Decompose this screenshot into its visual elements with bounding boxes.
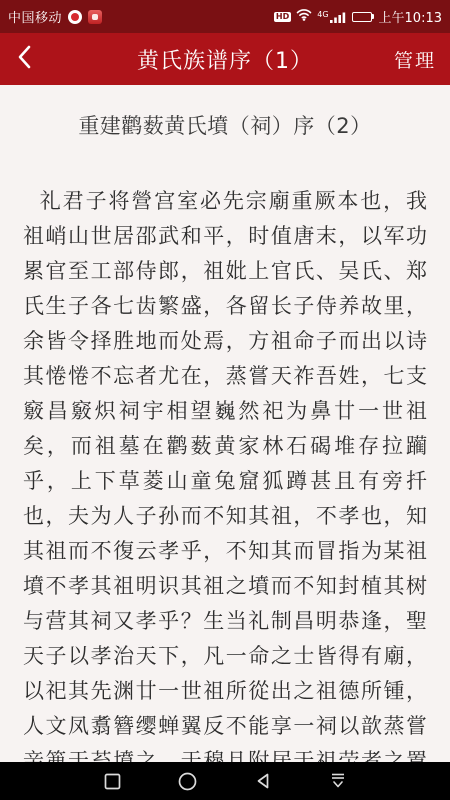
phone-screen: 中国移动 HD 4G <box>0 0 450 800</box>
text-line: 墳不孝其祖明识其祖之墳而不知封植其树 <box>23 569 427 604</box>
back-nav-button[interactable] <box>225 772 300 791</box>
genealogy-paragraph: 礼君子将營宫室必先宗廟重厥本也，我祖峭山世居邵武和平，时值唐末，以军功累官至工部… <box>23 184 427 779</box>
battery-icon <box>352 12 374 22</box>
status-bar: 中国移动 HD 4G <box>0 0 450 33</box>
text-line: 其惓惓不忘者尤在，蒸嘗天祚吾姓，七支 <box>23 359 427 394</box>
text-line: 乎，上下草菱山童兔窟狐蹲甚且有旁扦 <box>23 464 427 499</box>
network-type-label: 4G <box>317 11 328 19</box>
content-area: 重建鹳薮黄氏墳（祠）序（2） 礼君子将營宫室必先宗廟重厥本也，我祖峭山世居邵武和… <box>0 85 450 800</box>
page-title: 黄氏族谱序（1） <box>137 44 313 75</box>
document-subtitle: 重建鹳薮黄氏墳（祠）序（2） <box>0 113 450 139</box>
text-line: 余皆令择胜地而处焉，方祖命子而出以诗 <box>23 324 427 359</box>
text-line: 人文凤翥簪缨蝉翼反不能享一祠以歆蒸嘗 <box>23 709 427 744</box>
clock-label: 上午10:13 <box>379 7 442 26</box>
text-line: 也，夫为人子孙而不知其祖，不孝也，知 <box>23 499 427 534</box>
square-icon <box>104 773 121 790</box>
text-line: 竅昌竅炽祠宇相望巍然祀为鼻廿一世祖 <box>23 394 427 429</box>
text-line: 祖峭山世居邵武和平，时值唐末，以军功 <box>23 219 427 254</box>
notification-dot-icon <box>68 10 82 24</box>
back-button[interactable] <box>0 33 48 85</box>
pulldown-arrow-icon <box>329 772 347 790</box>
signal-strength-icon: 4G <box>317 11 346 23</box>
circle-icon <box>178 772 197 791</box>
android-nav-bar <box>0 762 450 800</box>
manage-button[interactable]: 管理 <box>380 46 450 73</box>
status-bar-left: 中国移动 <box>8 7 102 26</box>
text-line: 矣，而祖墓在鹳薮黄家林石碣堆存拉躏 <box>23 429 427 464</box>
text-line: 以祀其先渊廿一世祖所從出之祖德所锺， <box>23 674 427 709</box>
carrier-label: 中国移动 <box>8 7 62 26</box>
text-line: 与营其祠又孝乎？生当礼制昌明恭逢，聖 <box>23 604 427 639</box>
text-line: 累官至工部侍郎，祖妣上官氏、吴氏、郑 <box>23 254 427 289</box>
status-bar-right: HD 4G <box>274 7 442 26</box>
text-line: 天子以孝治天下，凡一命之士皆得有廟， <box>23 639 427 674</box>
app-bar: 黄氏族谱序（1） 管理 <box>0 33 450 85</box>
notification-app-icon <box>88 10 102 24</box>
hd-volte-icon: HD <box>274 12 291 22</box>
android-nav-group <box>75 772 375 791</box>
triangle-left-icon <box>255 772 271 790</box>
home-button[interactable] <box>150 772 225 791</box>
text-line: 礼君子将營宫室必先宗廟重厥本也，我 <box>23 184 427 219</box>
text-line: 氏生子各七齿繁盛，各留长子侍养故里， <box>23 289 427 324</box>
recents-button[interactable] <box>75 772 150 791</box>
wifi-icon <box>296 8 312 25</box>
chevron-left-icon <box>15 44 33 74</box>
notification-pulldown-button[interactable] <box>300 772 375 791</box>
text-line: 其祖而不復云孝乎，不知其而冒指为某祖 <box>23 534 427 569</box>
